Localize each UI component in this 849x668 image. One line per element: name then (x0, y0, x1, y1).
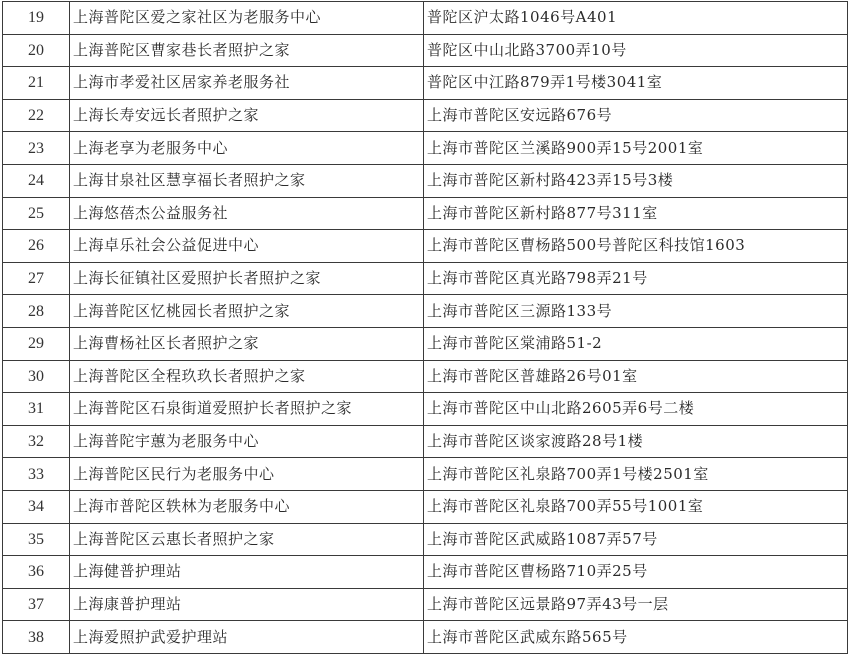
table-row: 25 上海悠蓓杰公益服务社 上海市普陀区新村路877号311室 (3, 197, 848, 230)
table-row: 38 上海爱照护武爱护理站 上海市普陀区武威东路565号 (3, 621, 848, 654)
institution-address: 上海市普陀区三源路133号 (424, 295, 848, 328)
institution-address: 上海市普陀区棠浦路51-2 (424, 327, 848, 360)
institution-address: 上海市普陀区谈家渡路28号1楼 (424, 425, 848, 458)
institution-name: 上海普陀区爱之家社区为老服务中心 (70, 2, 424, 35)
institution-name-text: 上海甘泉社区慧享福长者照护之家 (73, 171, 306, 189)
institution-address-text: 上海市普陀区安远路676号 (427, 106, 612, 124)
row-number: 35 (3, 523, 70, 556)
institution-name: 上海普陀区民行为老服务中心 (70, 458, 424, 491)
institution-name-text: 上海普陀区爱之家社区为老服务中心 (73, 8, 321, 26)
table-row: 31 上海普陀区石泉街道爱照护长者照护之家 上海市普陀区中山北路2605弄6号二… (3, 393, 848, 426)
institution-address-text: 上海市普陀区真光路798弄21号 (427, 269, 648, 287)
row-number: 34 (3, 490, 70, 523)
institution-address-text: 上海市普陀区三源路133号 (427, 302, 612, 320)
institution-name-text: 上海康普护理站 (73, 595, 182, 613)
institution-name: 上海普陀宇蕙为老服务中心 (70, 425, 424, 458)
institution-address-text: 上海市普陀区武威东路565号 (427, 628, 628, 646)
institution-name: 上海普陀区石泉街道爱照护长者照护之家 (70, 393, 424, 426)
institution-name-text: 上海普陀区全程玖玖长者照护之家 (73, 367, 306, 385)
institution-name: 上海健普护理站 (70, 556, 424, 589)
institution-address: 上海市普陀区曹杨路500号普陀区科技馆1603 (424, 230, 848, 263)
institution-name-text: 上海悠蓓杰公益服务社 (73, 204, 228, 222)
row-number: 33 (3, 458, 70, 491)
institution-name: 上海长寿安远长者照护之家 (70, 99, 424, 132)
institution-name-text: 上海普陀区忆桃园长者照护之家 (73, 302, 290, 320)
institution-address-text: 上海市普陀区礼泉路700弄55号1001室 (427, 497, 703, 515)
table-row: 36 上海健普护理站 上海市普陀区曹杨路710弄25号 (3, 556, 848, 589)
row-number: 21 (3, 67, 70, 100)
institution-address-text: 普陀区中江路879弄1号楼3041室 (427, 73, 662, 91)
row-number: 20 (3, 34, 70, 67)
row-number: 30 (3, 360, 70, 393)
table-row: 19 上海普陀区爱之家社区为老服务中心 普陀区沪太路1046号A401 (3, 2, 848, 35)
table-row: 28 上海普陀区忆桃园长者照护之家 上海市普陀区三源路133号 (3, 295, 848, 328)
institution-name-text: 上海普陀宇蕙为老服务中心 (73, 432, 259, 450)
institution-name: 上海市普陀区轶林为老服务中心 (70, 490, 424, 523)
institution-address: 上海市普陀区武威东路565号 (424, 621, 848, 654)
row-number: 32 (3, 425, 70, 458)
row-number: 26 (3, 230, 70, 263)
institution-address: 普陀区沪太路1046号A401 (424, 2, 848, 35)
institution-address-text: 上海市普陀区曹杨路710弄25号 (427, 562, 648, 580)
institution-name-text: 上海卓乐社会公益促进中心 (73, 236, 259, 254)
institution-address: 上海市普陀区新村路423弄15号3楼 (424, 164, 848, 197)
table-row: 30 上海普陀区全程玖玖长者照护之家 上海市普陀区普雄路26号01室 (3, 360, 848, 393)
institution-name: 上海长征镇社区爱照护长者照护之家 (70, 262, 424, 295)
table-row: 32 上海普陀宇蕙为老服务中心 上海市普陀区谈家渡路28号1楼 (3, 425, 848, 458)
table-row: 33 上海普陀区民行为老服务中心 上海市普陀区礼泉路700弄1号楼2501室 (3, 458, 848, 491)
institution-address-text: 上海市普陀区礼泉路700弄1号楼2501室 (427, 465, 709, 483)
institution-address: 普陀区中山北路3700弄10号 (424, 34, 848, 67)
institution-address: 上海市普陀区礼泉路700弄55号1001室 (424, 490, 848, 523)
table-row: 34 上海市普陀区轶林为老服务中心 上海市普陀区礼泉路700弄55号1001室 (3, 490, 848, 523)
institution-address-text: 上海市普陀区中山北路2605弄6号二楼 (427, 399, 694, 417)
institution-name: 上海悠蓓杰公益服务社 (70, 197, 424, 230)
institution-name-text: 上海长寿安远长者照护之家 (73, 106, 259, 124)
institution-address-text: 上海市普陀区普雄路26号01室 (427, 367, 638, 385)
table-row: 27 上海长征镇社区爱照护长者照护之家 上海市普陀区真光路798弄21号 (3, 262, 848, 295)
row-number: 29 (3, 327, 70, 360)
institution-address: 上海市普陀区礼泉路700弄1号楼2501室 (424, 458, 848, 491)
institution-name-text: 上海普陀区曹家巷长者照护之家 (73, 41, 290, 59)
row-number: 23 (3, 132, 70, 165)
institution-name: 上海普陀区忆桃园长者照护之家 (70, 295, 424, 328)
row-number: 28 (3, 295, 70, 328)
institution-address: 上海市普陀区真光路798弄21号 (424, 262, 848, 295)
institution-name-text: 上海健普护理站 (73, 562, 182, 580)
institution-address: 上海市普陀区曹杨路710弄25号 (424, 556, 848, 589)
institution-name: 上海普陀区全程玖玖长者照护之家 (70, 360, 424, 393)
institution-address-text: 上海市普陀区曹杨路500号普陀区科技馆1603 (427, 236, 745, 254)
row-number: 36 (3, 556, 70, 589)
institution-name-text: 上海曹杨社区长者照护之家 (73, 334, 259, 352)
table-row: 29 上海曹杨社区长者照护之家 上海市普陀区棠浦路51-2 (3, 327, 848, 360)
row-number: 24 (3, 164, 70, 197)
institution-table: 19 上海普陀区爱之家社区为老服务中心 普陀区沪太路1046号A401 20 上… (2, 1, 848, 654)
table-row: 26 上海卓乐社会公益促进中心 上海市普陀区曹杨路500号普陀区科技馆1603 (3, 230, 848, 263)
institution-address: 上海市普陀区远景路97弄43号一层 (424, 588, 848, 621)
institution-name-text: 上海市孝爱社区居家养老服务社 (73, 73, 290, 91)
table-row: 35 上海普陀区云惠长者照护之家 上海市普陀区武威路1087弄57号 (3, 523, 848, 556)
table-row: 20 上海普陀区曹家巷长者照护之家 普陀区中山北路3700弄10号 (3, 34, 848, 67)
institution-name-text: 上海普陀区石泉街道爱照护长者照护之家 (73, 399, 352, 417)
institution-address-text: 上海市普陀区棠浦路51-2 (427, 334, 602, 352)
institution-name: 上海普陀区云惠长者照护之家 (70, 523, 424, 556)
table-body: 19 上海普陀区爱之家社区为老服务中心 普陀区沪太路1046号A401 20 上… (3, 2, 848, 654)
institution-name: 上海甘泉社区慧享福长者照护之家 (70, 164, 424, 197)
institution-name-text: 上海普陀区云惠长者照护之家 (73, 530, 275, 548)
institution-name-text: 上海老享为老服务中心 (73, 139, 228, 157)
institution-address: 上海市普陀区中山北路2605弄6号二楼 (424, 393, 848, 426)
institution-name: 上海普陀区曹家巷长者照护之家 (70, 34, 424, 67)
institution-name-text: 上海市普陀区轶林为老服务中心 (73, 497, 290, 515)
institution-address-text: 上海市普陀区新村路423弄15号3楼 (427, 171, 673, 189)
institution-name: 上海市孝爱社区居家养老服务社 (70, 67, 424, 100)
institution-name-text: 上海爱照护武爱护理站 (73, 628, 228, 646)
institution-name: 上海爱照护武爱护理站 (70, 621, 424, 654)
row-number: 31 (3, 393, 70, 426)
institution-address-text: 上海市普陀区远景路97弄43号一层 (427, 595, 669, 613)
table-row: 21 上海市孝爱社区居家养老服务社 普陀区中江路879弄1号楼3041室 (3, 67, 848, 100)
table-row: 23 上海老享为老服务中心 上海市普陀区兰溪路900弄15号2001室 (3, 132, 848, 165)
institution-address: 普陀区中江路879弄1号楼3041室 (424, 67, 848, 100)
row-number: 38 (3, 621, 70, 654)
row-number: 25 (3, 197, 70, 230)
institution-name: 上海老享为老服务中心 (70, 132, 424, 165)
row-number: 27 (3, 262, 70, 295)
institution-name-text: 上海长征镇社区爱照护长者照护之家 (73, 269, 321, 287)
table-row: 37 上海康普护理站 上海市普陀区远景路97弄43号一层 (3, 588, 848, 621)
institution-name: 上海卓乐社会公益促进中心 (70, 230, 424, 263)
institution-address: 上海市普陀区新村路877号311室 (424, 197, 848, 230)
table-row: 24 上海甘泉社区慧享福长者照护之家 上海市普陀区新村路423弄15号3楼 (3, 164, 848, 197)
institution-address: 上海市普陀区兰溪路900弄15号2001室 (424, 132, 848, 165)
institution-address: 上海市普陀区安远路676号 (424, 99, 848, 132)
institution-address-text: 上海市普陀区谈家渡路28号1楼 (427, 432, 643, 450)
row-number: 22 (3, 99, 70, 132)
institution-address-text: 上海市普陀区武威路1087弄57号 (427, 530, 658, 548)
institution-name-text: 上海普陀区民行为老服务中心 (73, 465, 275, 483)
institution-address-text: 上海市普陀区兰溪路900弄15号2001室 (427, 139, 703, 157)
institution-address-text: 普陀区沪太路1046号A401 (427, 8, 617, 26)
institution-address-text: 普陀区中山北路3700弄10号 (427, 41, 627, 59)
row-number: 19 (3, 2, 70, 35)
row-number: 37 (3, 588, 70, 621)
institution-address-text: 上海市普陀区新村路877号311室 (427, 204, 658, 222)
institution-name: 上海康普护理站 (70, 588, 424, 621)
institution-address: 上海市普陀区普雄路26号01室 (424, 360, 848, 393)
institution-name: 上海曹杨社区长者照护之家 (70, 327, 424, 360)
table-row: 22 上海长寿安远长者照护之家 上海市普陀区安远路676号 (3, 99, 848, 132)
institution-address: 上海市普陀区武威路1087弄57号 (424, 523, 848, 556)
